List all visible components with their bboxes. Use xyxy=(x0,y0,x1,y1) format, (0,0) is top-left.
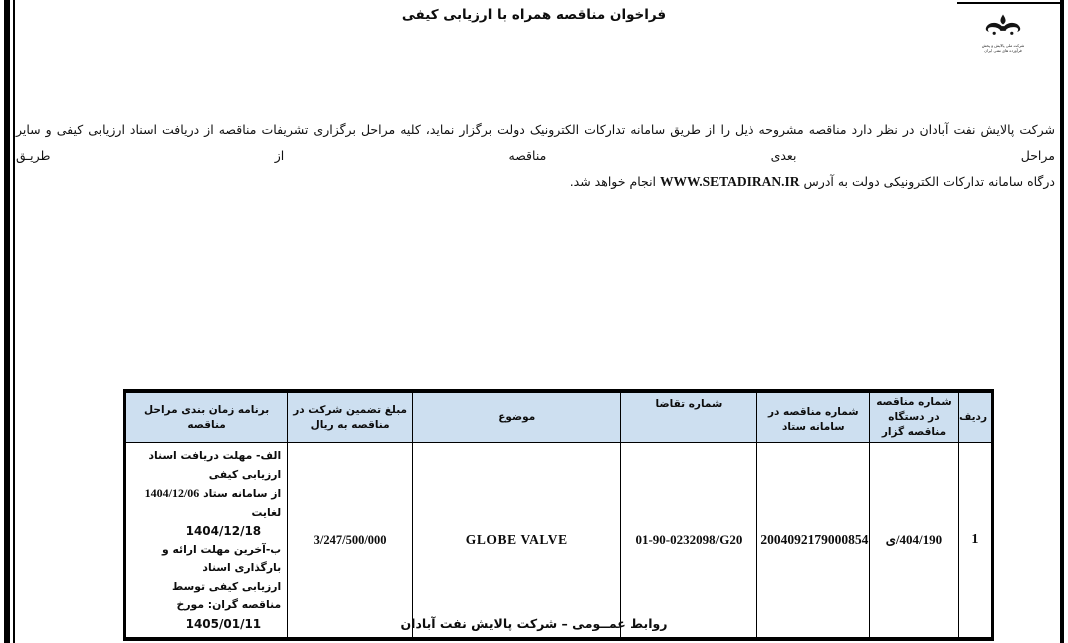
header-request-no: شماره تقاضا xyxy=(621,391,757,443)
intro-paragraph: شرکت پالایش نفت آبادان در نظر دارد مناقص… xyxy=(16,117,1055,195)
tender-notice-document: { "page": { "title": "فراخوان مناقصه همر… xyxy=(0,0,1068,643)
deadline-start-date: 1404/12/06 xyxy=(145,486,200,500)
header-tender-no-setad: شماره مناقصه در سامانه ستاد xyxy=(757,391,870,443)
intro-line-2: درگاه سامانه تدارکات الکترونیکی دولت به … xyxy=(16,169,1055,195)
company-logo: شرکت ملی پالایش و پخش فرآورده های نفتی ا… xyxy=(976,14,1030,53)
logo-caption-line2: فرآورده های نفتی ایران xyxy=(977,48,1028,53)
cell-tender-no-setad: 2004092179000854 xyxy=(757,443,870,640)
schedule-line-2: از سامانه ستاد 1404/12/06 لغایت xyxy=(130,484,281,522)
setadiran-url: WWW.SETADIRAN.IR xyxy=(660,174,800,189)
cell-subject: GLOBE VALVE xyxy=(413,443,621,640)
header-row-number: ردیف xyxy=(958,391,992,443)
intro-line-2-tail: انجام خواهد شد. xyxy=(570,174,656,189)
deadline-end-date: 1404/12/18 xyxy=(130,522,261,541)
cell-tender-no-agency: 404/190/ی xyxy=(870,443,959,640)
cell-row-number: 1 xyxy=(958,443,992,640)
table-row: 1 404/190/ی 2004092179000854 01-90-02320… xyxy=(125,443,993,640)
cell-request-no: 01-90-0232098/G20 xyxy=(621,443,757,640)
schedule-line-4: ب-آخرین مهلت ارائه و بارگذاری اسناد xyxy=(130,541,281,578)
header-tender-no-agency: شماره مناقصه در دستگاه مناقصه گزار xyxy=(870,391,959,443)
page-title: فراخوان مناقصه همراه با ارزیابی کیفی xyxy=(0,7,1068,23)
tender-table: ردیف شماره مناقصه در دستگاه مناقصه گزار … xyxy=(123,389,994,641)
header-schedule: برنامه زمان بندی مراحل مناقصه xyxy=(125,391,288,443)
cell-guarantee: 3/247/500/000 xyxy=(288,443,413,640)
table-header-row: ردیف شماره مناقصه در دستگاه مناقصه گزار … xyxy=(125,391,993,443)
intro-line-1: شرکت پالایش نفت آبادان در نظر دارد مناقص… xyxy=(16,117,1055,169)
cell-schedule: الف- مهلت دریافت اسناد ارزیابی کیفی از س… xyxy=(125,443,288,640)
page-border-top-right xyxy=(957,2,1064,4)
footer-public-relations: روابط عمــومی – شرکت پالایش نفت آبادان xyxy=(0,616,1068,631)
page-border-right xyxy=(1060,0,1064,643)
header-guarantee: مبلغ تضمین شرکت در مناقصه به ریال xyxy=(288,391,413,443)
header-subject: موضوع xyxy=(413,391,621,443)
intro-line-2-text: درگاه سامانه تدارکات الکترونیکی دولت به … xyxy=(804,174,1055,189)
page-border-left-thick xyxy=(4,0,10,643)
page-border-left-thin xyxy=(13,0,15,643)
oil-company-emblem-icon xyxy=(983,14,1023,43)
schedule-line-1: الف- مهلت دریافت اسناد ارزیابی کیفی xyxy=(130,447,281,484)
schedule-line-5: ارزیابی کیفی توسط مناقصه گران: مورخ xyxy=(130,578,281,615)
